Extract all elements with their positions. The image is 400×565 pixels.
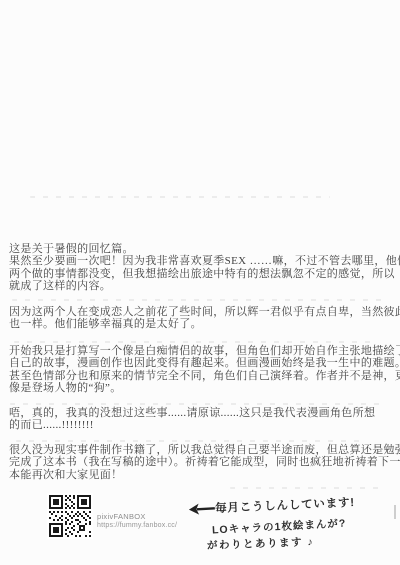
page-edge-artifact	[394, 505, 396, 519]
handwritten-note: LOキャラの1枚絵まんが?	[212, 515, 347, 537]
handwritten-note: 毎月こうしんしています!	[215, 494, 356, 516]
text-line: 两个做的事情都没变，但我想描绘出旅途中特有的想法飘忽不定的感觉，所以	[9, 268, 400, 280]
fanbox-label: pixivFANBOX	[97, 512, 146, 521]
text-line: 很久没为现实事件制作书籍了，所以我总觉得自己要半途而废，但总算还是勉强	[9, 444, 400, 456]
scan-artifact	[16, 440, 366, 442]
paragraph-apology: 唔，真的，我真的没想过这些事......请原谅......这只是我代表漫画角色所…	[9, 407, 375, 432]
paragraph-closing: 很久没为现实事件制作书籍了，所以我总觉得自己要半途而废，但总算还是勉强 完成了这…	[9, 444, 400, 481]
text-line: 本能再次和大家见面！	[9, 469, 400, 481]
fanbox-url: https://fummy.fanbox.cc/	[97, 522, 177, 529]
handwritten-note: がわりとあります ♪	[207, 534, 315, 553]
text-line: 甚至色情部分也和原来的情节完全不同，角色们自己演绎着。作者并不是神，更	[9, 370, 400, 382]
text-line: 这是关于暑假的回忆篇。	[9, 243, 400, 255]
text-line: 果然至少要画一次吧！因为我非常喜欢夏季SEX ……嘛，不过不管去哪里，他们	[9, 255, 400, 267]
text-line: 自己的故事，漫画创作也因此变得有趣起来。但画漫画始终是我一生中的难题。	[9, 357, 400, 369]
text-line: 也一样。他们能够幸福真的是太好了。	[9, 318, 400, 330]
scan-artifact	[30, 196, 330, 198]
fanbox-qr-code	[47, 493, 93, 539]
paragraph-intro: 这是关于暑假的回忆篇。 果然至少要画一次吧！因为我非常喜欢夏季SEX ……嘛，不…	[9, 243, 400, 293]
text-line: 开始我只是打算写一个像是白痴情侣的故事，但角色们却开始自作主张地描绘了	[9, 345, 400, 357]
scan-artifact	[14, 341, 374, 343]
text-line: 像是登场人物的“狗”。	[9, 382, 400, 394]
scan-artifact	[10, 403, 385, 405]
text-line: 完成了这本书（我在写稿的途中）。祈祷着它能成型，同时也疯狂地祈祷着下一	[9, 456, 400, 468]
arrow-left-icon	[188, 501, 217, 521]
scanned-afterword-page: 这是关于暑假的回忆篇。 果然至少要画一次吧！因为我非常喜欢夏季SEX ……嘛，不…	[0, 0, 400, 565]
text-line: 的而已......!!!!!!!!	[9, 419, 375, 431]
scan-artifact	[230, 487, 380, 489]
text-line: 唔，真的，我真的没想过这些事......请原谅......这只是我代表漫画角色所…	[9, 407, 375, 419]
paragraph-couple: 因为这两个人在变成恋人之前花了些时间，所以辉一君似乎有点自卑，当然彼此 也一样。…	[9, 306, 400, 331]
paragraph-characters: 开始我只是打算写一个像是白痴情侣的故事，但角色们却开始自作主张地描绘了 自己的故…	[9, 345, 400, 395]
text-line: 就成了这样的内容。	[9, 280, 400, 292]
qr-code-image	[47, 493, 93, 539]
scan-artifact	[12, 299, 382, 301]
text-line: 因为这两个人在变成恋人之前花了些时间，所以辉一君似乎有点自卑，当然彼此	[9, 306, 400, 318]
